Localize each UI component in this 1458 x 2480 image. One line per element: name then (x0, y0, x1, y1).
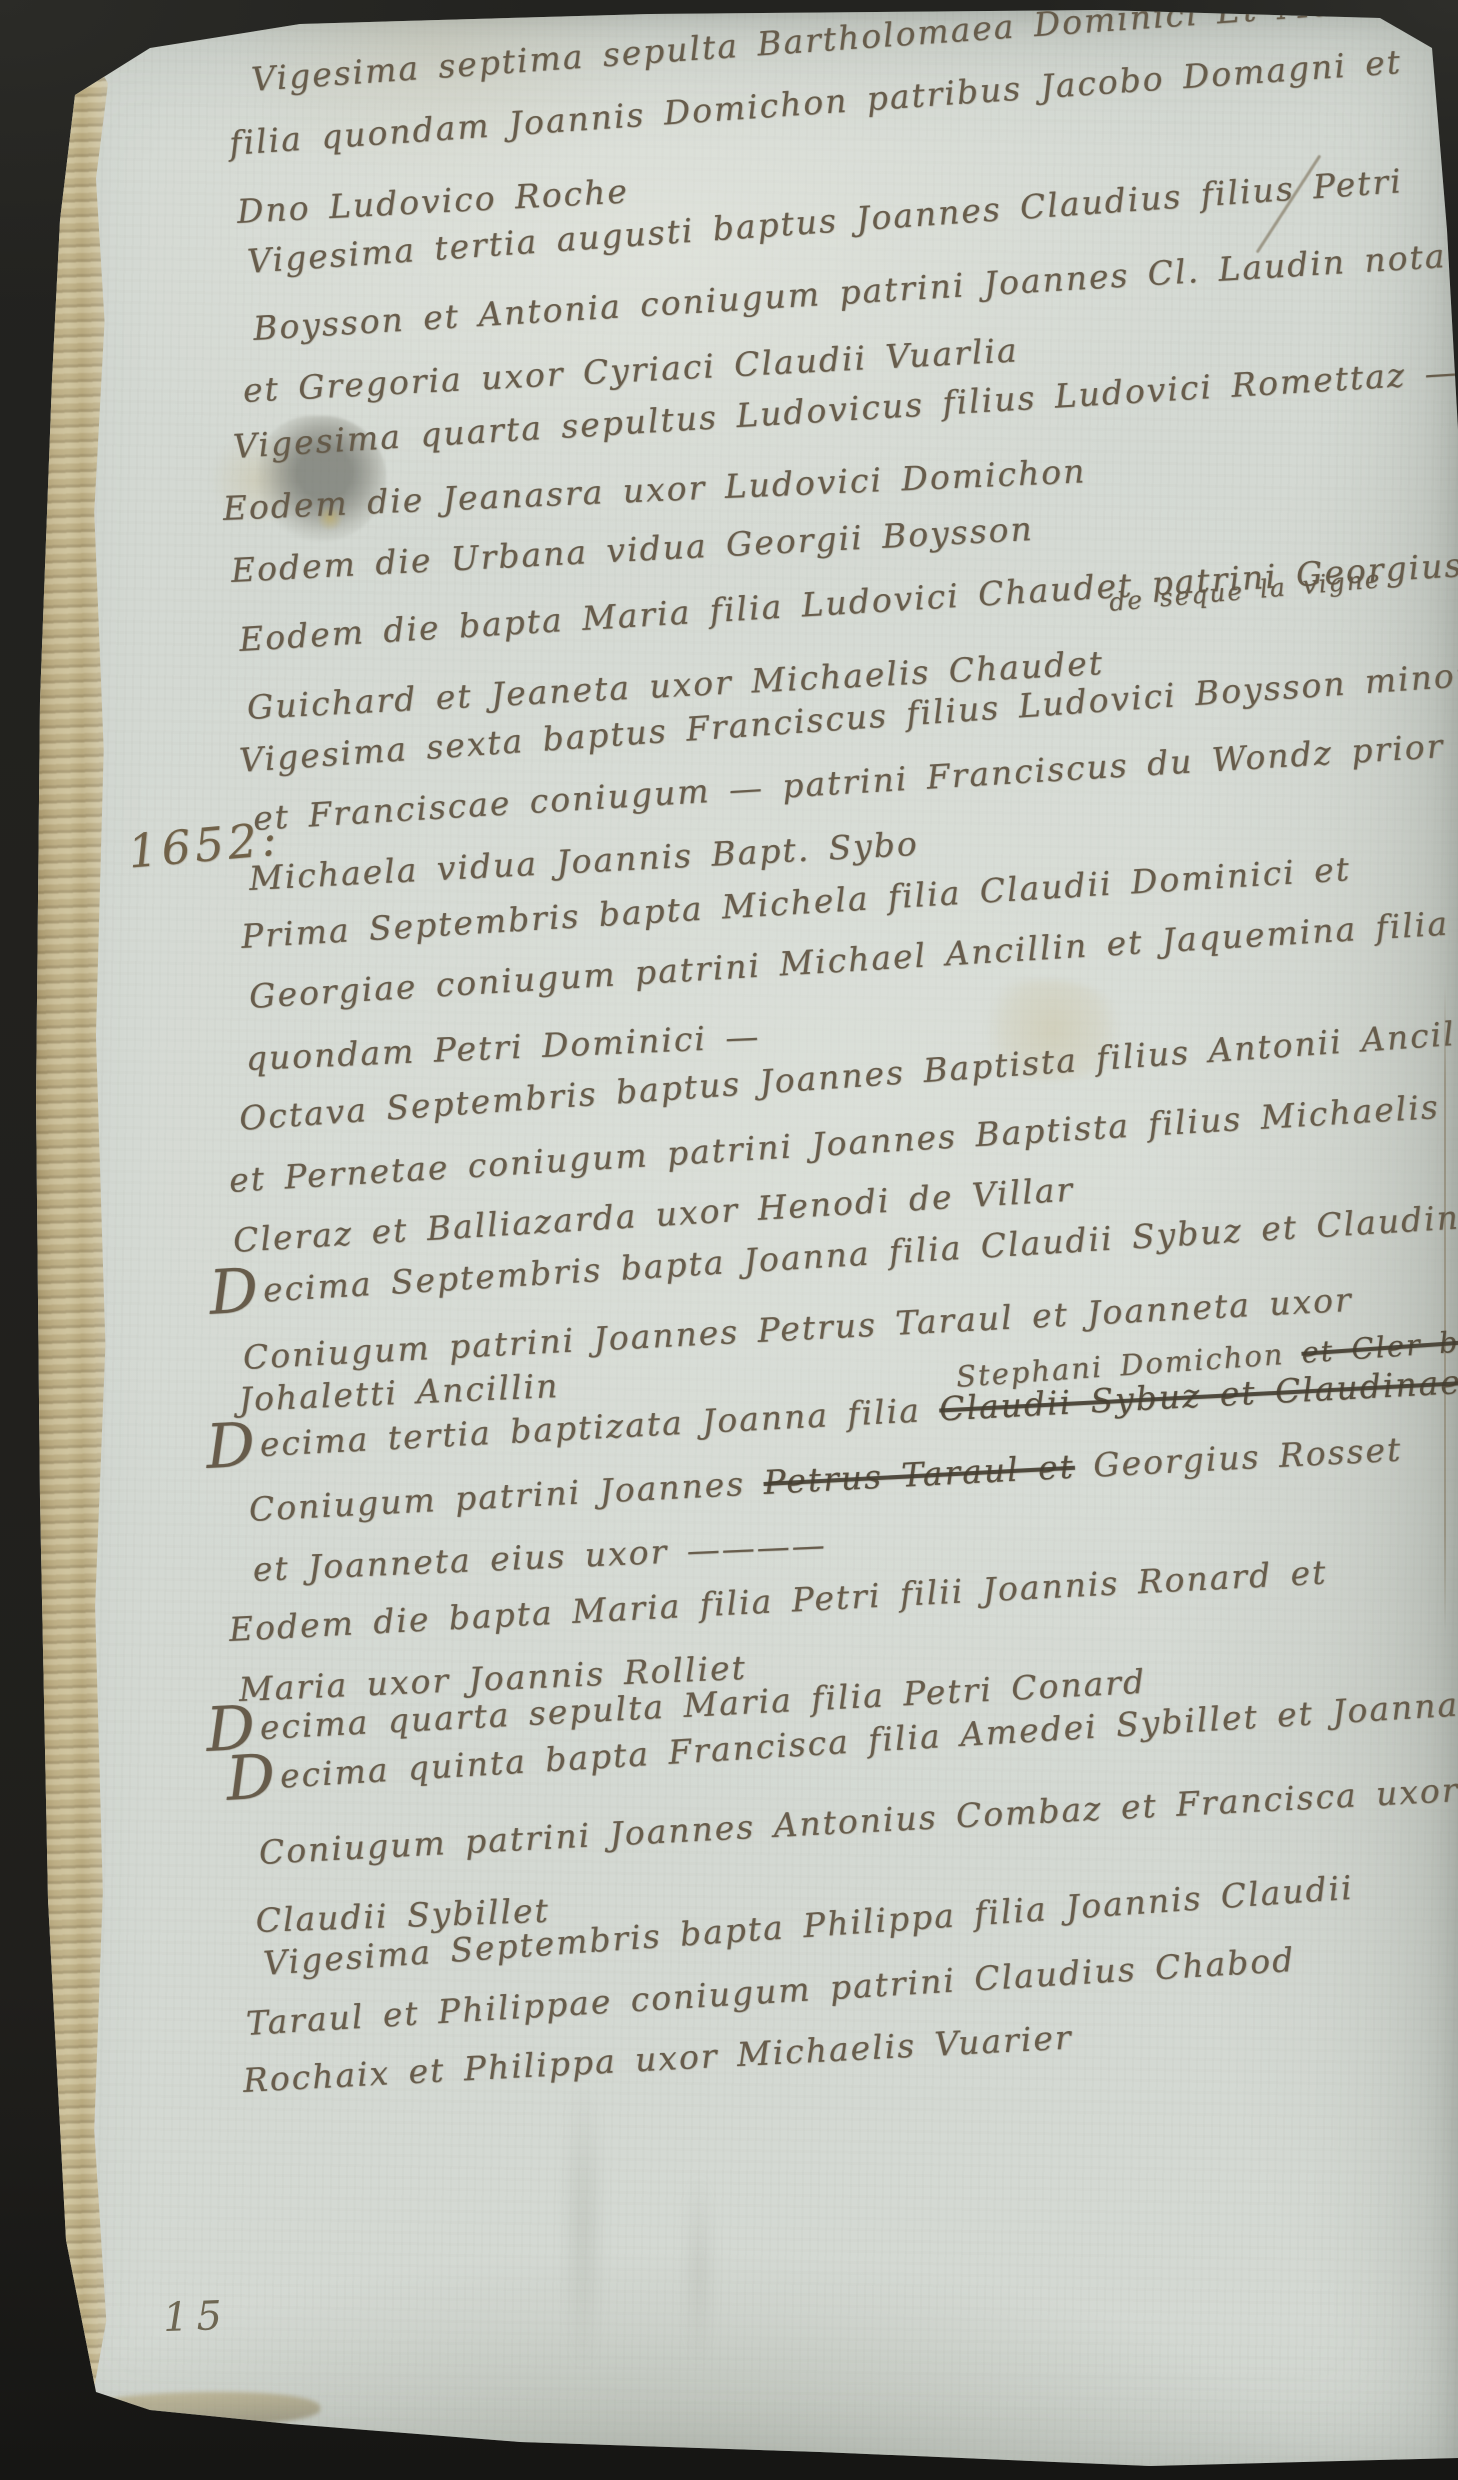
manuscript-page: 1652: Vigesima septima sepulta Bartholom… (0, 0, 1458, 2480)
manuscript-line-segment: Coniugum patrini Joannes (248, 1463, 765, 1529)
manuscript-line-segment: D (207, 1254, 262, 1328)
register-page-photograph: 1652: Vigesima septima sepulta Bartholom… (0, 0, 1458, 2480)
page-number: 15 (162, 2293, 230, 2341)
manuscript-line-segment: Georgius Rosset (1074, 1430, 1403, 1486)
manuscript-line-segment: D (224, 1740, 279, 1814)
manuscript-line-segment: D (204, 1409, 259, 1483)
manuscript-line-segment: Petrus Taraul et (763, 1447, 1076, 1502)
manuscript-line-segment: et Cler blan (1300, 1321, 1458, 1370)
manuscript-line: et Joanneta eius uxor ———— (252, 1525, 827, 1589)
handwritten-entries: Vigesima septima sepulta Bartholomaea Do… (0, 0, 1458, 2480)
